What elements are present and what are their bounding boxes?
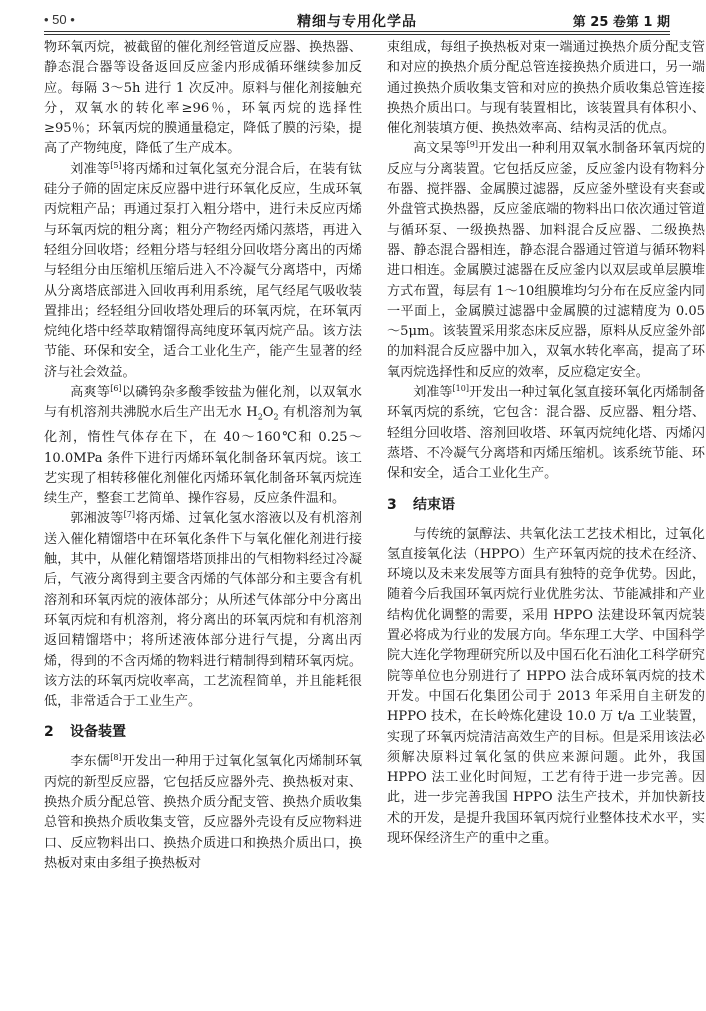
issue-label: 第 25 卷第 1 期 — [573, 11, 670, 30]
author: 刘准等 — [413, 385, 452, 400]
paragraph: 束组成，每组子换热板对束一端通过换热介质分配支管和对应的换热介质分配总管连接换热… — [387, 38, 705, 139]
citation-ref: [7] — [124, 510, 135, 519]
citation-ref: [9] — [467, 140, 478, 149]
section-title: 结束语 — [413, 497, 455, 513]
paragraph-text: 开发出一种用于过氧化氢氧化丙烯制环氧丙烷的新型反应器，它包括反应器外壳、换热板对… — [44, 754, 362, 870]
paragraph-text: 有机溶剂为氧化剂，惰性气体存在下，在 40～160℃和 0.25～10.0MPa… — [44, 405, 362, 506]
paragraph: 郭湘波等[7]将丙烯、过氧化氢水溶液以及有机溶剂送入催化精馏塔中在环氧化条件下与… — [44, 509, 362, 712]
author: 高爽等 — [70, 385, 110, 400]
right-column: 束组成，每组子换热板对束一端通过换热介质分配支管和对应的换热介质分配总管连接换热… — [387, 38, 705, 849]
paragraph-text: 将丙烯和过氧化氢充分混合后，在装有钛硅分子筛的固定床反应器中进行环氧化反应，生成… — [44, 162, 362, 380]
section-number: 2 — [44, 722, 70, 742]
paragraph: 刘准等[5]将丙烯和过氧化氢充分混合后，在装有钛硅分子筛的固定床反应器中进行环氧… — [44, 160, 362, 383]
paragraph: 刘准等[10]开发出一种过氧化氢直接环氧化丙烯制备环氧丙烷的系统，它包含：混合器… — [387, 383, 705, 484]
author: 刘准等 — [70, 162, 110, 177]
author: 郭湘波等 — [70, 511, 123, 526]
section-title: 设备装置 — [70, 724, 126, 740]
section-heading: 2设备装置 — [44, 722, 362, 742]
paragraph: 高爽等[6]以磷钨杂多酸季铵盐为催化剂，以双氧水与有机溶剂共沸脱水后生产出无水 … — [44, 383, 362, 509]
paragraph: 与传统的氯醇法、共氧化法工艺技术相比，过氧化氢直接氧化法（HPPO）生产环氧丙烷… — [387, 525, 705, 850]
left-column: 物环氧丙烷，被截留的催化剂经管道反应器、换热器、静态混合器等设备返回反应釜内形成… — [44, 38, 362, 874]
header-rule-bottom — [44, 34, 670, 35]
citation-ref: [6] — [110, 384, 121, 393]
section-heading: 3结束语 — [387, 495, 705, 515]
paragraph: 高文杲等[9]开发出一种利用双氧水制备环氧丙烷的反应与分离装置。它包括反应釜，反… — [387, 139, 705, 383]
paragraph: 李东儒[8]开发出一种用于过氧化氢氧化丙烯制环氧丙烷的新型反应器，它包括反应器外… — [44, 752, 362, 874]
header-rule-top — [44, 31, 670, 32]
paragraph-text: O — [263, 405, 274, 420]
paragraph-text: 开发出一种利用双氧水制备环氧丙烷的反应与分离装置。它包括反应釜，反应釜内设有物料… — [387, 141, 705, 379]
running-header: • 50 • 精细与专用化学品 第 25 卷第 1 期 — [44, 10, 670, 30]
author: 高文杲等 — [413, 141, 466, 156]
paragraph-text: 将丙烯、过氧化氢水溶液以及有机溶剂送入催化精馏塔中在环氧化条件下与氧化催化剂进行… — [44, 511, 362, 709]
citation-ref: [10] — [453, 384, 469, 393]
section-number: 3 — [387, 495, 413, 515]
paragraph: 物环氧丙烷，被截留的催化剂经管道反应器、换热器、静态混合器等设备返回反应釜内形成… — [44, 38, 362, 160]
author: 李东儒 — [70, 754, 110, 769]
citation-ref: [8] — [110, 753, 121, 762]
citation-ref: [5] — [110, 161, 121, 170]
